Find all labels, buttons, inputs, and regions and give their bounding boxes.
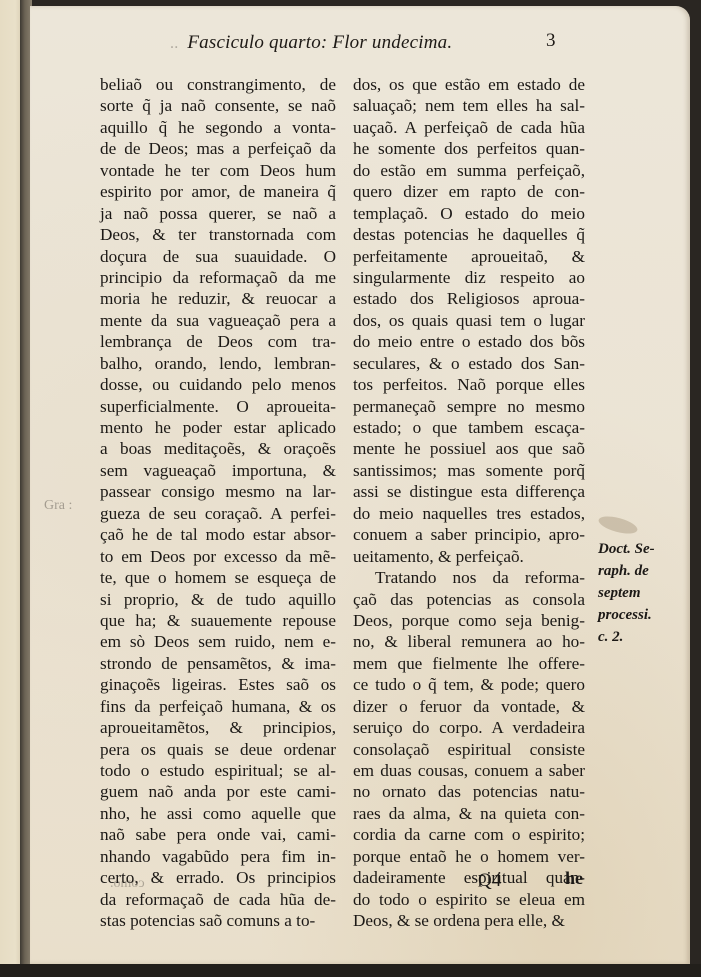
text-line: ginaçoẽs ligeiras. Estes saõ os <box>100 674 336 695</box>
text-line: ce tudo o q̃ tem, & pode; quero <box>353 674 585 695</box>
marginal-note-line: Doct. Se- <box>598 538 688 560</box>
marginal-note-line: septem <box>598 582 688 604</box>
text-line: no, & liberal remunera ao ho- <box>353 631 585 652</box>
text-line: espirito por amor, de maneira q̃ <box>100 181 336 202</box>
text-line: passear consigo mesmo na lar- <box>100 481 336 502</box>
text-line: quero dizer em rapto de con- <box>353 181 585 202</box>
text-line: nhando vagabũdo pera fim in- <box>100 846 336 867</box>
facing-page-edge <box>0 0 22 970</box>
bleed-through-margin-text: Gra : <box>44 498 72 514</box>
text-line: perfeitamente aproueitaõ, & <box>353 246 585 267</box>
text-line: assi se distingue esta differença <box>353 481 585 502</box>
text-line: seruiço do corpo. A verdadeira <box>353 717 585 738</box>
text-line: gueza de seu coraçaõ. A perfei- <box>100 503 336 524</box>
marginal-note-line: raph. de <box>598 560 688 582</box>
text-line: mente da sua vagueaçaõ pera a <box>100 310 336 331</box>
text-line: dizer o feruor da vontade, & <box>353 696 585 717</box>
text-line: naõ sabe pera onde vai, cami- <box>100 824 336 845</box>
text-line: de de Deos; mas a perfeiçaõ da <box>100 138 336 159</box>
text-line: santissimos; mas somente porq̃ <box>353 460 585 481</box>
marginal-note-line: processi. <box>598 604 688 626</box>
marginal-note-line: c. 2. <box>598 626 688 648</box>
text-line: Deos, porque como seja benig- <box>353 610 585 631</box>
text-line: do meio naquelles tres estados, <box>353 503 585 524</box>
catchword: he <box>565 868 583 889</box>
running-head: .. Fasciculo quarto: Flor undecima. <box>170 32 590 54</box>
text-line: vontade he ter com Deos hum <box>100 160 336 181</box>
text-line: si proprio, & de tudo aquillo <box>100 589 336 610</box>
text-line: beliaõ ou constrangimento, de <box>100 74 336 95</box>
text-line: mento he poder estar aplicado <box>100 417 336 438</box>
text-line: templaçaõ. O estado do meio <box>353 203 585 224</box>
text-line: todo o estudo espiritual; se al- <box>100 760 336 781</box>
text-line: Tratando nos da reforma- <box>353 567 585 588</box>
left-text-column: beliaõ ou constrangimento, desorte q̃ ja… <box>100 74 336 932</box>
text-line: sorte q̃ ja naõ consente, se naõ <box>100 95 336 116</box>
text-line: Deos, & ter transtornada com <box>100 224 336 245</box>
text-line: estado dos Religiosos aproua- <box>353 288 585 309</box>
text-line: em duas cousas, conuem a saber <box>353 760 585 781</box>
text-line: guem naõ anda por este cami- <box>100 781 336 802</box>
text-line: estado; o que tambem escaça- <box>353 417 585 438</box>
text-line: strondo de pensamẽtos, & ima- <box>100 653 336 674</box>
text-line: balho, orando, lendo, lembran- <box>100 353 336 374</box>
text-line: ueitamento, & perfeiçaõ. <box>353 546 585 567</box>
text-line: Deos, & se ordena pera elle, & <box>353 910 585 931</box>
text-line: a boas meditaçoẽs, & oraçoẽs <box>100 438 336 459</box>
text-line: çaõ das potencias as consola <box>353 589 585 610</box>
text-line: mente he possiuel aos que saõ <box>353 438 585 459</box>
text-line: raes da alma, & na quieta con- <box>353 803 585 824</box>
text-line: stas potencias saõ comuns a to- <box>100 910 336 931</box>
text-line: pera os quais se deue ordenar <box>100 739 336 760</box>
text-line: saluaçaõ; nem tem elles ha sal- <box>353 95 585 116</box>
text-line: consolaçaõ espiritual consiste <box>353 739 585 760</box>
bleed-through-catchword: como. <box>110 876 145 892</box>
text-line: lembrança de Deos com tra- <box>100 331 336 352</box>
text-line: dosse, ou cuidando pelo menos <box>100 374 336 395</box>
text-line: dos, os que estão em estado de <box>353 74 585 95</box>
text-line: no ornato das potencias natu- <box>353 781 585 802</box>
marginal-note: Doct. Se-raph. deseptemprocessi.c. 2. <box>598 538 688 648</box>
text-line: dadeiramente espiritual quan- <box>353 867 585 888</box>
text-line: dos, os quais quasi tem o lugar <box>353 310 585 331</box>
text-line: em sò Deos sem ruido, nem e- <box>100 631 336 652</box>
text-line: conuem a saber principio, apro- <box>353 524 585 545</box>
text-line: to em Deos por excesso da mẽ- <box>100 546 336 567</box>
text-line: destas potencias he daquelles q̃ <box>353 224 585 245</box>
running-head-text: Fasciculo quarto: Flor undecima. <box>187 32 452 53</box>
text-line: seculares, & o estado dos San- <box>353 353 585 374</box>
text-line: uaçaõ. A perfeiçaõ de cada hũa <box>353 117 585 138</box>
text-line: moria he reduzir, & reuocar a <box>100 288 336 309</box>
text-line: superficialmente. O aproueita- <box>100 396 336 417</box>
text-line: do estão em summa perfeiçaõ, <box>353 160 585 181</box>
text-line: çaõ he de tal modo estar absor- <box>100 524 336 545</box>
text-line: que ha; & suauemente repouse <box>100 610 336 631</box>
text-line: porque entaõ he o homem ver- <box>353 846 585 867</box>
text-line: cordia da carne com o espirito; <box>353 824 585 845</box>
text-line: do todo o espirito se eleua em <box>353 889 585 910</box>
folio-number: 3 <box>546 30 556 52</box>
text-line: singularmente diz respeito ao <box>353 267 585 288</box>
text-line: do meio entre o estado dos bõs <box>353 331 585 352</box>
text-line: mem que fielmente lhe offere- <box>353 653 585 674</box>
text-line: ja naõ possa querer, se naõ a <box>100 203 336 224</box>
text-line: sem vagueaçaõ importuna, & <box>100 460 336 481</box>
text-line: doçura de sua suauidade. O <box>100 246 336 267</box>
text-line: he somente dos perfeitos quan- <box>353 138 585 159</box>
text-line: fins da perfeiçaõ humana, & os <box>100 696 336 717</box>
signature-mark: Q4 <box>478 870 501 892</box>
running-head-bleed: .. <box>170 35 178 52</box>
text-line: nho, he assi como aquelle que <box>100 803 336 824</box>
right-text-column: dos, os que estão em estado desaluaçaõ; … <box>353 74 585 932</box>
text-line: te, que o homem se esqueça de <box>100 567 336 588</box>
scan-background <box>0 964 701 977</box>
text-line: aproueitamẽtos, & principios, <box>100 717 336 738</box>
text-line: tos perfeitos. Naõ porque elles <box>353 374 585 395</box>
text-line: principio da reformaçaõ da me <box>100 267 336 288</box>
text-line: permaneçaõ sempre no mesmo <box>353 396 585 417</box>
text-line: aquillo q̃ he segondo a vonta- <box>100 117 336 138</box>
